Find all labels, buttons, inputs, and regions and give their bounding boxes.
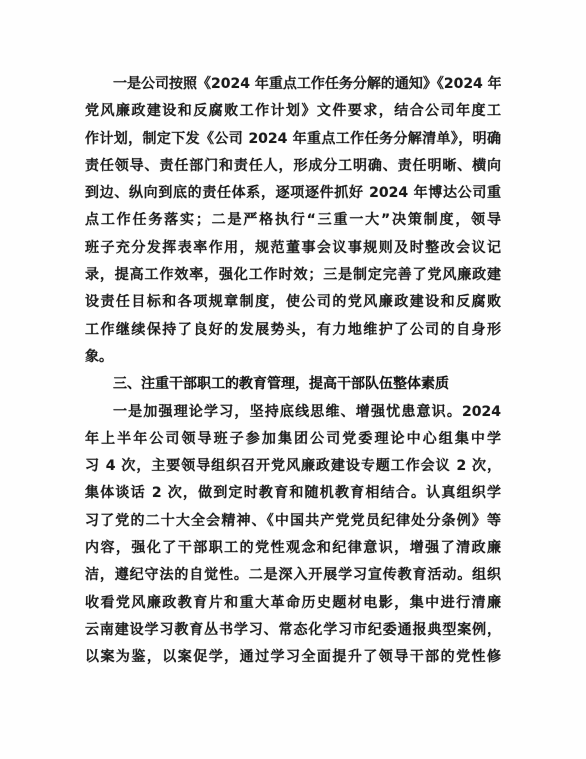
text-line: 设责任目标和各项规章制度，使公司的党风廉政建设和反腐败 [85,289,501,316]
text-line: 到边、纵向到底的责任体系，逐项逐件抓好 2024 年博达公司重 [85,180,501,207]
document-text: 一是公司按照《2024 年重点工作任务分解的通知》《2024 年 党风廉政建设和… [85,71,501,672]
section-heading: 三、注重干部职工的教育管理，提高干部队伍整体素质 [85,371,501,398]
text-line: 一是加强理论学习，坚持底线思维、增强忧患意识。2024 [85,399,501,426]
text-line: 党风廉政建设和反腐败工作计划》文件要求，结合公司年度工 [85,98,501,125]
text-line: 一是公司按照《2024 年重点工作任务分解的通知》《2024 年 [85,71,501,98]
text-line: 集体谈话 2 次，做到定时教育和随机教育相结合。认真组织学 [85,480,501,507]
text-line: 作计划，制定下发《公司 2024 年重点工作任务分解清单》，明确 [85,126,501,153]
text-line: 点工作任务落实；二是严格执行“三重一大”决策制度，领导 [85,207,501,234]
text-line: 年上半年公司领导班子参加集团公司党委理论中心组集中学 [85,426,501,453]
text-line: 象。 [85,344,501,371]
text-line: 工作继续保持了良好的发展势头，有力地维护了公司的自身形 [85,317,501,344]
text-line: 以案为鉴，以案促学，通过学习全面提升了领导干部的党性修 [85,644,501,671]
text-line: 习了党的二十大全会精神、《中国共产党党员纪律处分条例》等 [85,508,501,535]
text-line: 习 4 次，主要领导组织召开党风廉政建设专题工作会议 2 次， [85,453,501,480]
text-line: 洁，遵纪守法的自觉性。二是深入开展学习宣传教育活动。组织 [85,562,501,589]
text-line: 责任领导、责任部门和责任人，形成分工明确、责任明晰、横向 [85,153,501,180]
text-line: 录，提高工作效率，强化工作时效；三是制定完善了党风廉政建 [85,262,501,289]
text-line: 云南建设学习教育丛书学习、常态化学习市纪委通报典型案例， [85,617,501,644]
text-line: 收看党风廉政教育片和重大革命历史题材电影，集中进行清廉 [85,590,501,617]
text-line: 班子充分发挥表率作用，规范董事会议事规则及时整改会议记 [85,235,501,262]
text-line: 内容，强化了干部职工的党性观念和纪律意识，增强了清政廉 [85,535,501,562]
document-page: 一是公司按照《2024 年重点工作任务分解的通知》《2024 年 党风廉政建设和… [0,0,586,759]
